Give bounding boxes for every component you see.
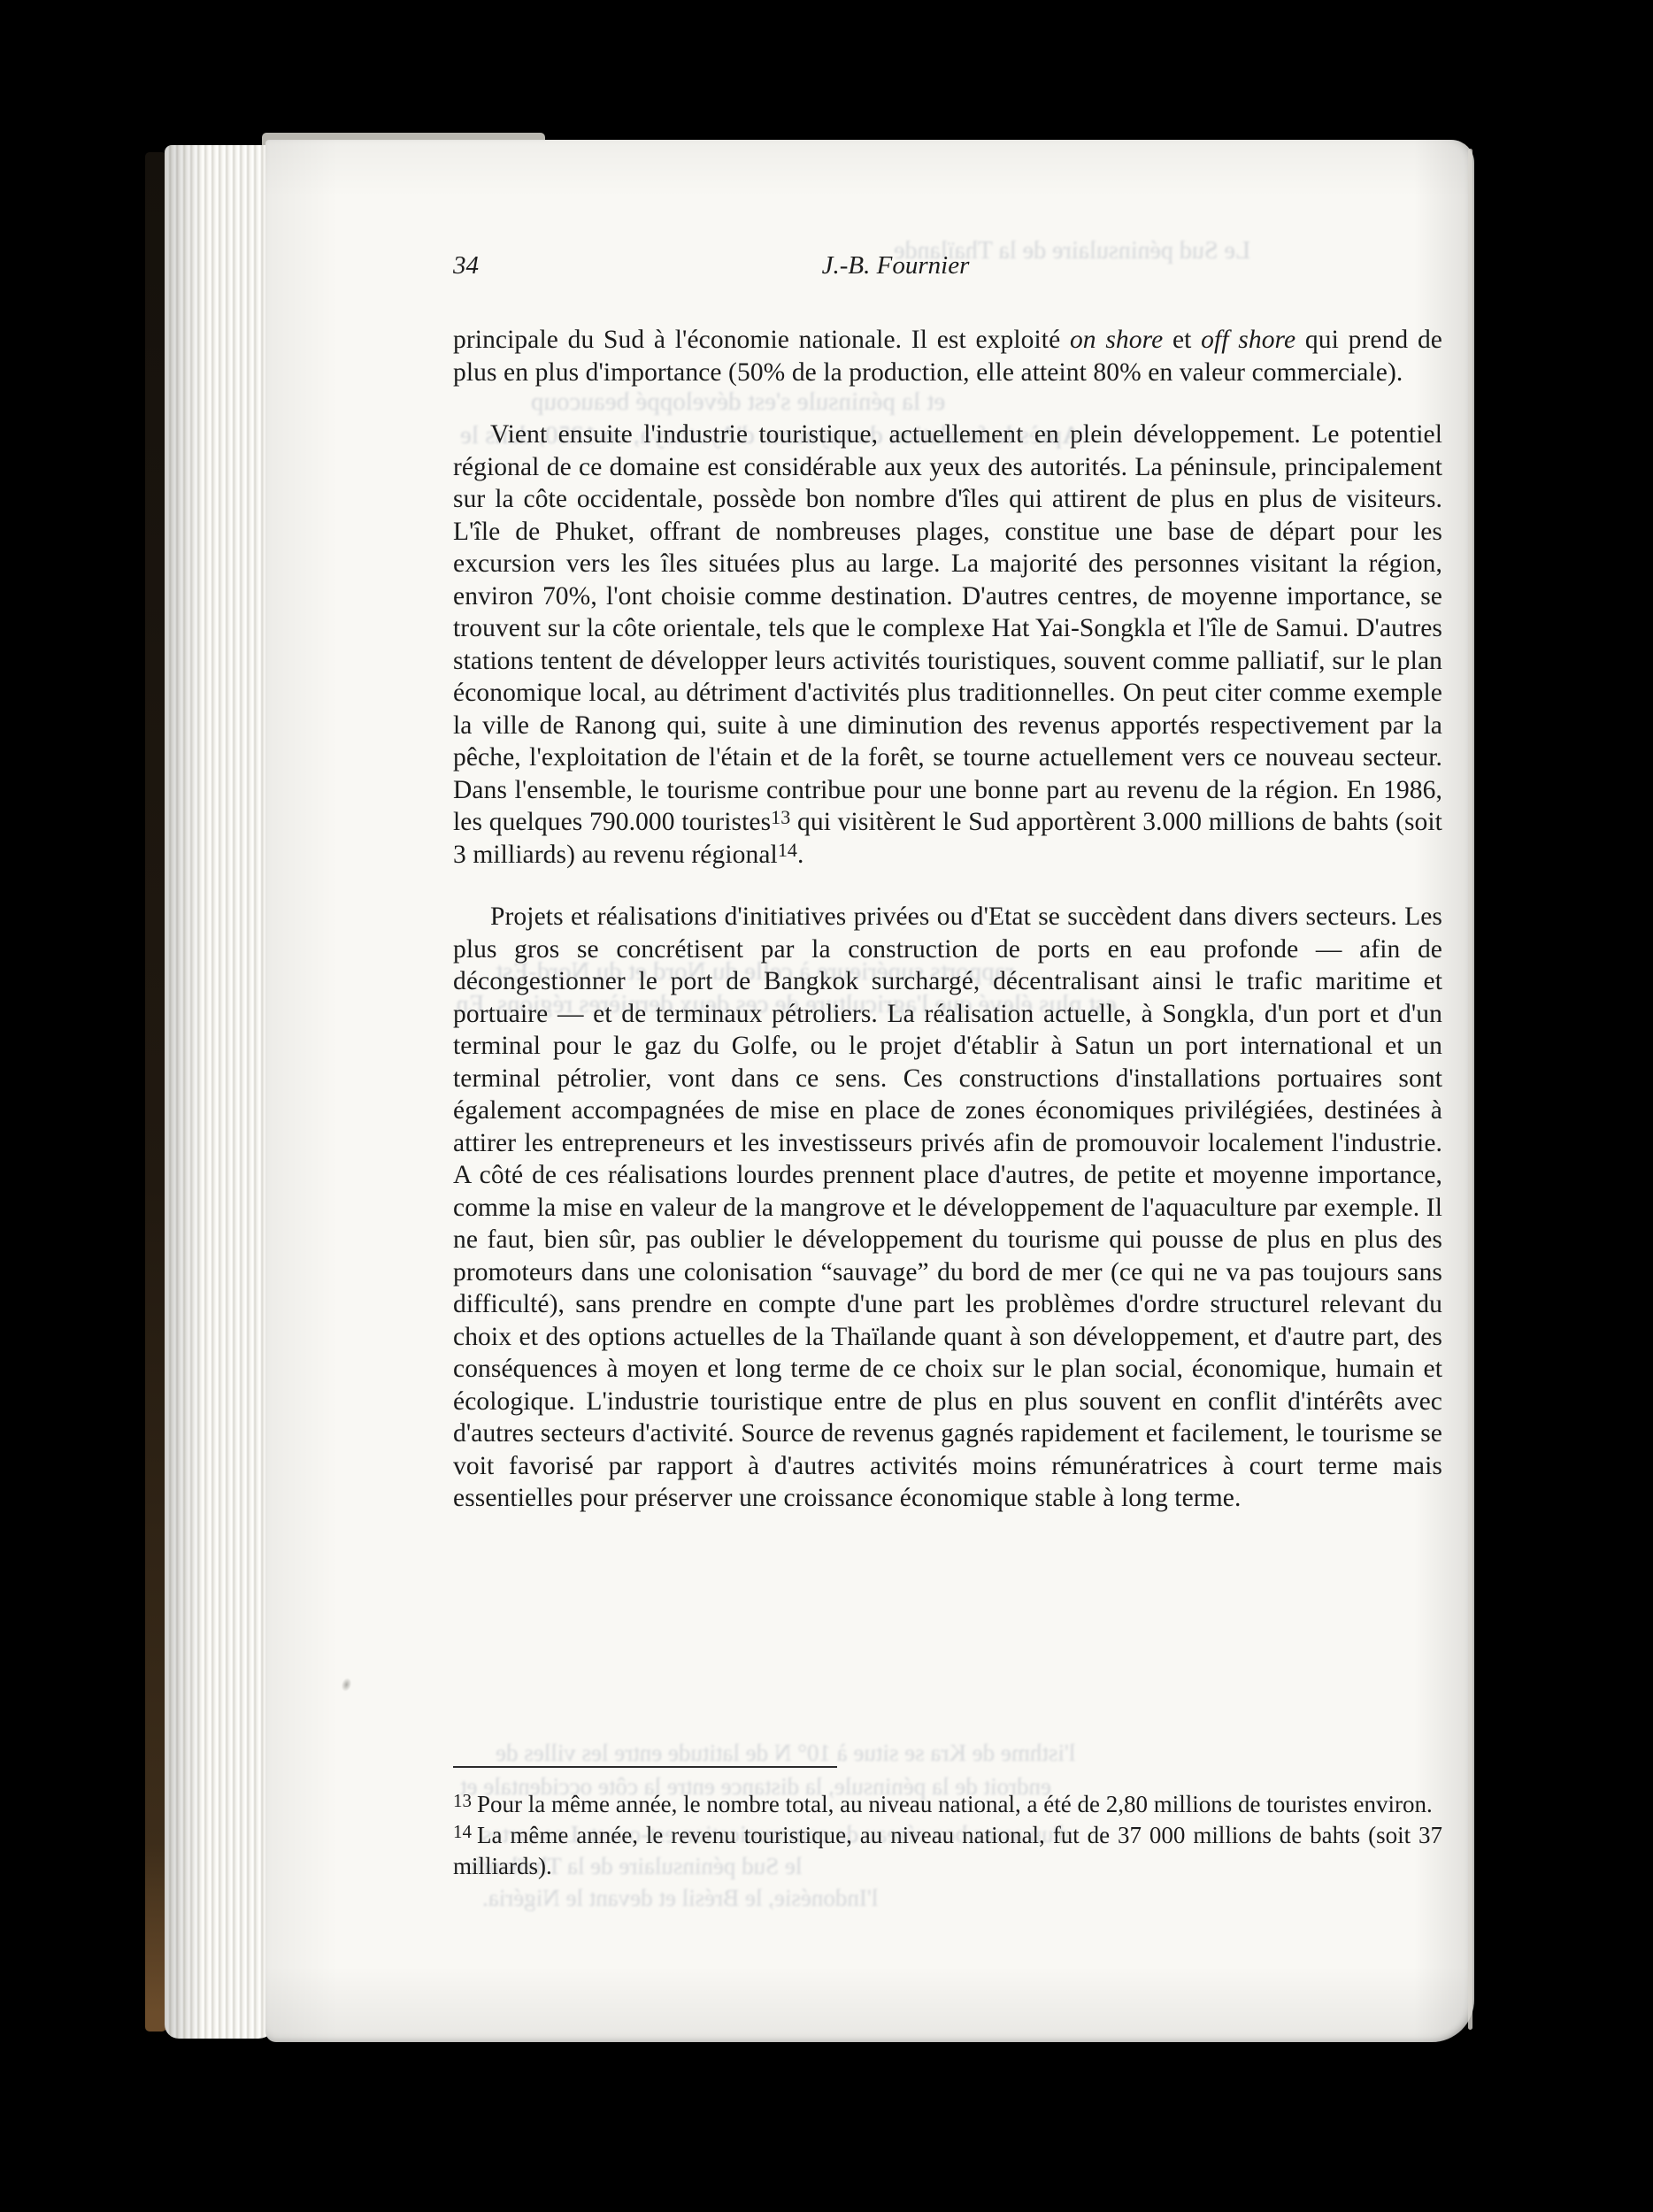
page-content: 34 J.-B. Fournier principale du Sud à l'… <box>265 140 1474 2042</box>
text-segment: Vient ensuite l'industrie touristique, a… <box>453 420 1442 836</box>
paragraph: principale du Sud à l'économie nationale… <box>453 324 1442 388</box>
footnote-separator <box>453 1766 837 1768</box>
text-segment: . <box>797 841 803 869</box>
footnote-marker: 14 <box>778 839 797 861</box>
footnote: 14La même année, le revenu touristique, … <box>453 1820 1442 1882</box>
footnote-number: 14 <box>453 1821 472 1842</box>
body-text: principale du Sud à l'économie nationale… <box>453 324 1442 1545</box>
footnote-number: 13 <box>453 1790 472 1811</box>
paragraph: Projets et réalisations d'initiatives pr… <box>453 901 1442 1515</box>
footnotes-list: 13Pour la même année, le nombre total, a… <box>453 1789 1442 1882</box>
text-segment: Projets et réalisations d'initiatives pr… <box>453 902 1442 1512</box>
footnotes: 13Pour la même année, le nombre total, a… <box>453 1766 1442 1882</box>
book-cover-edge <box>145 152 166 2032</box>
scanned-book-photo: { "page": { "header": { "page_number": "… <box>0 0 1653 2212</box>
paragraph: Vient ensuite l'industrie touristique, a… <box>453 419 1442 871</box>
page-stack-edges <box>165 145 276 2039</box>
text-segment: on shore <box>1070 326 1163 354</box>
running-title: J.-B. Fournier <box>453 251 1338 280</box>
text-segment: principale du Sud à l'économie nationale… <box>453 326 1070 354</box>
footnote: 13Pour la même année, le nombre total, a… <box>453 1789 1442 1820</box>
footnote-marker: 13 <box>771 806 790 828</box>
text-segment: off shore <box>1201 326 1295 354</box>
text-segment: et <box>1163 326 1201 354</box>
